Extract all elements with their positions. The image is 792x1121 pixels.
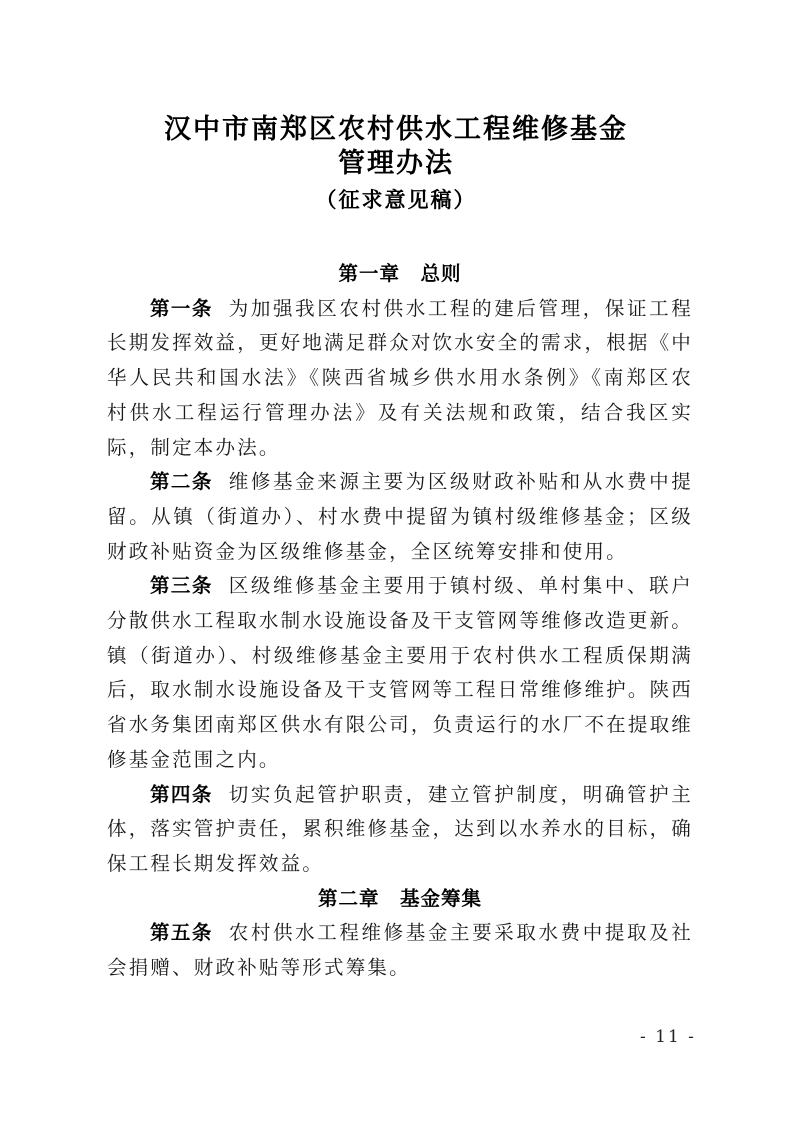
article: 第三条区级维修基金主要用于镇村级、单村集中、联户分散供水工程取水制水设施设备及干… [107,569,693,777]
article: 第二条维修基金来源主要为区级财政补贴和从水费中提留。从镇（街道办）、村水费中提留… [107,465,693,569]
article: 第四条切实负起管护职责，建立管护制度，明确管护主体，落实管护责任，累积维修基金，… [107,778,693,882]
article: 第五条农村供水工程维修基金主要采取水费中提取及社会捐赠、财政补贴等形式筹集。 [107,916,693,985]
article-text: 区级维修基金主要用于镇村级、单村集中、联户分散供水工程取水制水设施设备及干支管网… [107,574,693,771]
chapter-heading: 第一章 总则 [107,257,693,292]
article-number: 第二条 [150,470,213,493]
article-text: 为加强我区农村供水工程的建后管理，保证工程长期发挥效益，更好地满足群众对饮水安全… [107,297,693,459]
document-subtitle: （征求意见稿） [0,185,792,215]
article-number: 第四条 [150,783,213,806]
article-number: 第一条 [150,297,213,320]
page-number: - 11 - [640,1027,696,1047]
chapter-1: 第一章 总则 第一条为加强我区农村供水工程的建后管理，保证工程长期发挥效益，更好… [107,257,693,986]
document-title-line1: 汉中市南郑区农村供水工程维修基金 [0,113,792,147]
article-number: 第五条 [150,921,213,944]
document-title-line2: 管理办法 [0,147,792,181]
document-page: 汉中市南郑区农村供水工程维修基金 管理办法 （征求意见稿） 第一章 总则 第一条… [0,0,792,1121]
chapter-heading: 第二章 基金筹集 [107,882,693,917]
article: 第一条为加强我区农村供水工程的建后管理，保证工程长期发挥效益，更好地满足群众对饮… [107,292,693,466]
article-number: 第三条 [150,574,213,597]
